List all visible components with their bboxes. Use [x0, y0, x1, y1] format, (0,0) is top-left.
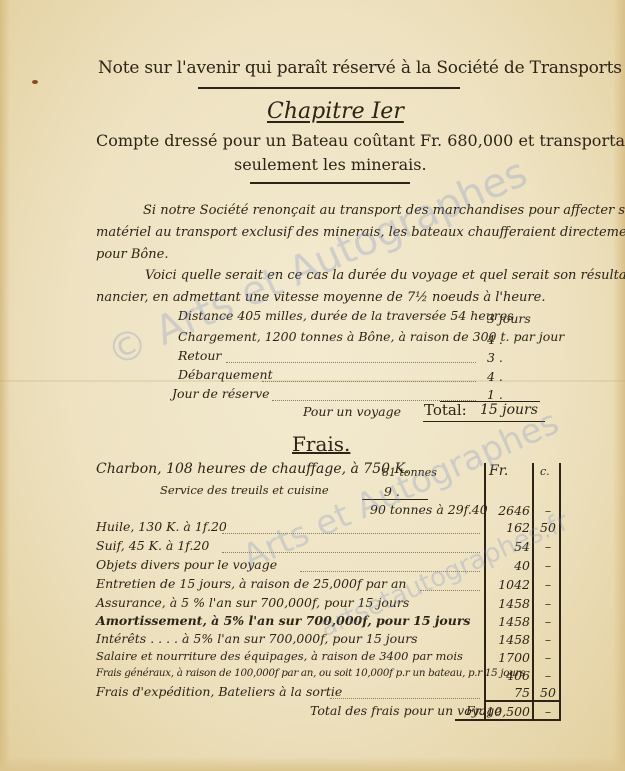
voyage-row-value: 4 .	[487, 332, 503, 347]
frais-heading: Frais.	[292, 432, 350, 456]
voyage-total-label: Pour un voyage	[303, 404, 401, 419]
total-top-rule	[484, 700, 561, 702]
amount-francs: 1458	[486, 614, 530, 629]
document-title: Note sur l'avenir qui paraît réservé à l…	[98, 58, 625, 78]
amount-centimes: –	[536, 596, 560, 611]
expense-label: Suif, 45 K. à 1f.20	[96, 538, 209, 553]
charbon-line-1: Charbon, 108 heures de chauffage, à 750 …	[96, 461, 409, 477]
total-centimes: –	[536, 704, 560, 719]
leader-dots	[330, 697, 480, 699]
total-bottom-rule	[455, 719, 561, 721]
amount-francs: 1458	[486, 632, 530, 647]
expense-label: Amortissement, à 5% l'an sur 700,000f, p…	[96, 613, 470, 628]
amount-francs: 75	[486, 685, 530, 700]
title-rule	[198, 87, 460, 89]
expense-label: Intérêts . . . . à 5% l'an sur 700,000f,…	[96, 631, 418, 646]
subtitle-line-1: Compte dressé pour un Bateau coûtant Fr.…	[96, 131, 625, 150]
expense-label: Frais généraux, à raison de 100,000f par…	[96, 667, 525, 679]
amount-francs: 1700	[486, 650, 530, 665]
voyage-row-value: 4 .	[487, 369, 503, 384]
amount-francs: 1042	[486, 577, 530, 592]
paragraph-2-line-1: Voici quelle serait en ce cas la durée d…	[145, 268, 625, 283]
paper-edge-bottom	[0, 757, 625, 771]
expense-label: Salaire et nourriture des équipages, à r…	[96, 649, 463, 663]
column-header-centimes: c.	[540, 465, 550, 478]
manuscript-page: Note sur l'avenir qui paraît réservé à l…	[0, 0, 625, 771]
expense-label: Huile, 130 K. à 1f.20	[96, 519, 227, 534]
voyage-row-label: Chargement, 1200 tonnes à Bône, à raison…	[178, 329, 564, 344]
voyage-total-word: Total:	[424, 401, 467, 419]
subtitle-rule	[250, 182, 410, 184]
voyage-row-value: 3 jours	[487, 311, 531, 326]
leader-dots	[262, 380, 476, 382]
voyage-row-label: Jour de réserve	[172, 386, 270, 401]
chapter-heading: Chapitre Ier	[267, 99, 404, 124]
paragraph-2-line-2: nancier, en admettant une vitesse moyenn…	[96, 290, 545, 305]
voyage-row-label: Débarquement	[178, 367, 273, 382]
amount-centimes: 50	[536, 685, 560, 700]
expense-label: Frais d'expédition, Bateliers à la sorti…	[96, 684, 342, 699]
subtitle-line-2: seulement les minerais.	[234, 155, 427, 174]
voyage-row-label: Retour	[178, 348, 221, 363]
expense-label: Entretien de 15 jours, à raison de 25,00…	[96, 576, 407, 591]
voyage-row-value: 3 .	[487, 350, 503, 365]
amount-francs: 2646	[486, 503, 530, 518]
paper-edge-right	[613, 0, 625, 771]
leader-dots	[226, 361, 476, 363]
amount-francs: 406	[486, 668, 530, 683]
ink-stain	[32, 80, 38, 84]
total-currency: Fr.	[466, 703, 483, 718]
amount-francs: 1458	[486, 596, 530, 611]
amount-centimes: –	[536, 577, 560, 592]
total-francs: 10,500	[484, 704, 530, 719]
charbon-line-2: Service des treuils et cuisine	[160, 483, 329, 497]
amount-centimes: –	[536, 558, 560, 573]
amount-centimes: –	[536, 650, 560, 665]
amount-centimes: –	[536, 614, 560, 629]
paper-edge-left	[0, 0, 10, 771]
amount-centimes: –	[536, 632, 560, 647]
amount-centimes: –	[536, 668, 560, 683]
column-line-centimes-left	[532, 463, 534, 719]
voyage-row-value: 1 .	[487, 387, 503, 402]
paragraph-1-line-3: pour Bône.	[96, 247, 168, 262]
